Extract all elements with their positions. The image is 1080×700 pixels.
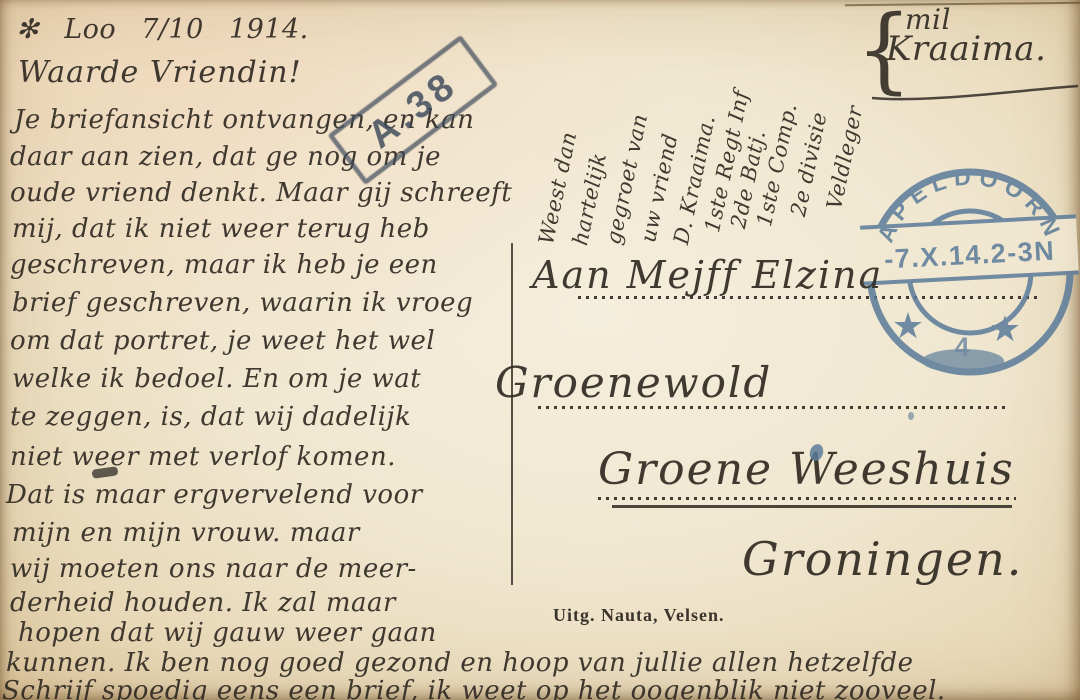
- message-line: geschreven, maar ik heb je een: [10, 252, 438, 278]
- address-dotted-line-3: [598, 497, 1016, 500]
- message-line: mij, dat ik niet weer terug heb: [12, 216, 430, 242]
- message-line: brief geschreven, waarin ik vroeg: [12, 290, 473, 316]
- message-line: wij moeten ons naar de meer-: [10, 556, 417, 582]
- postmark-apeldoorn: -7.X.14.2-3N APELDOORN ★ ★ 4: [858, 160, 1080, 388]
- address-institution: Groene Weeshuis: [598, 448, 1015, 492]
- publisher-imprint: Uitg. Nauta, Velsen.: [553, 605, 725, 626]
- message-line: om dat portret, je weet het wel: [10, 328, 435, 354]
- message-line: te zeggen, is, dat wij dadelijk: [10, 404, 411, 430]
- notation-underline: [870, 78, 1080, 104]
- postmark-star-left: ★: [892, 305, 924, 346]
- message-line: niet weer met verlof komen.: [10, 444, 396, 470]
- bottom-line: kunnen. Ik ben nog goed gezond en hoop v…: [6, 650, 914, 676]
- printed-divider-line: [511, 243, 513, 585]
- address-recipient: Aan Mejff Elzina: [532, 256, 883, 294]
- message-line: welke ik bedoel. En om je wat: [12, 366, 421, 392]
- bottom-line: Schrijf spoedig eens een brief, ik weet …: [2, 678, 946, 700]
- address-surname: Groenewold: [495, 362, 772, 404]
- censor-code: A.38: [360, 63, 466, 158]
- dateline: ✻ Loo 7/10 1914.: [16, 16, 309, 43]
- message-line: Dat is maar ergvervelend voor: [6, 482, 423, 508]
- message-line: mijn en mijn vrouw. maar: [12, 520, 360, 546]
- postmark-star-right: ★: [989, 308, 1021, 349]
- notation-kraaima: Kraaima.: [886, 32, 1046, 66]
- address-city: Groningen.: [742, 536, 1023, 582]
- postmark-ink-smudge: [922, 349, 1004, 373]
- bottom-line: hopen dat wij gauw weer gaan: [18, 620, 437, 646]
- message-line: derheid houden. Ik zal maar: [10, 590, 396, 616]
- address-solid-underline: [612, 505, 1012, 508]
- salutation: Waarde Vriendin!: [18, 58, 302, 88]
- message-line: oude vriend denkt. Maar gij schreeft: [10, 180, 512, 206]
- postcard-scan: Uitg. Nauta, Velsen. -7.X.14.2-3N APELDO…: [0, 0, 1080, 700]
- ink-speck: [908, 412, 914, 420]
